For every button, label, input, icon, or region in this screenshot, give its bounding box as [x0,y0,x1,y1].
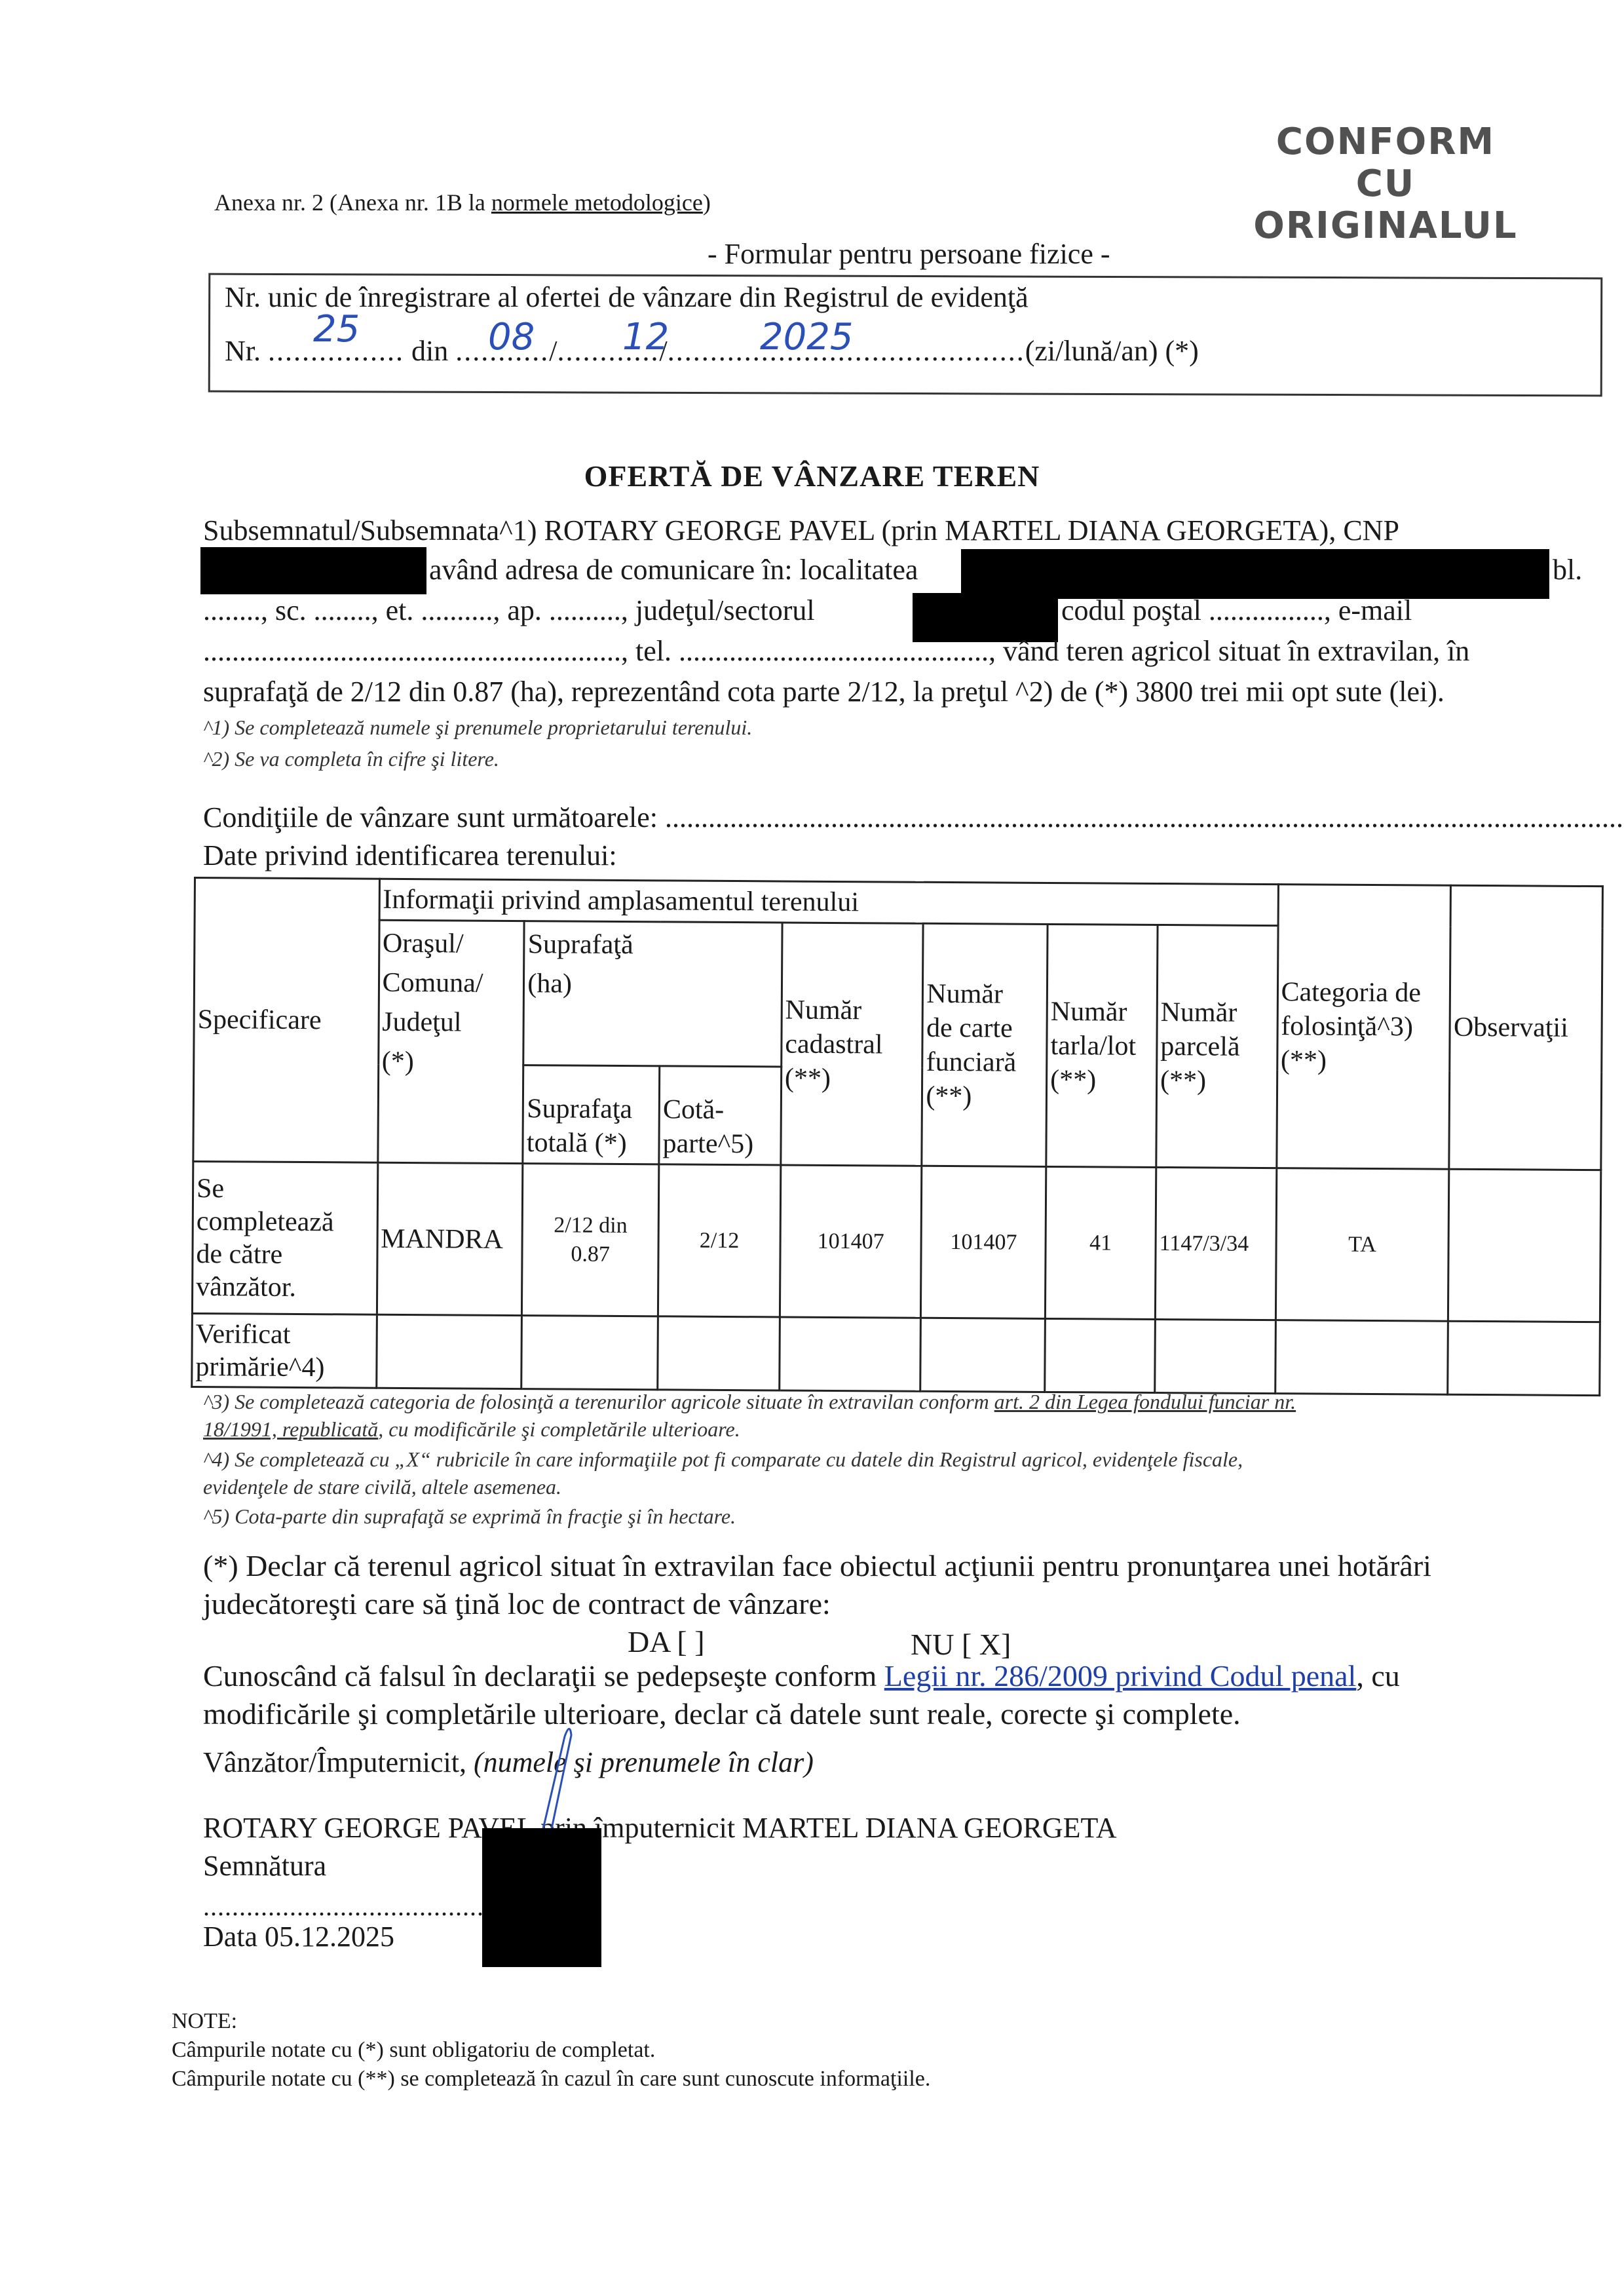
header-specificare: Specificare [193,878,379,1163]
cell-spec: Verificatprimărie^4) [192,1313,377,1388]
cell-nr-parcela[interactable] [1155,1319,1275,1393]
seller-line-4: ........................................… [203,632,1618,671]
signatory-name: ROTARY GEORGE PAVEL prin împuternicit MA… [203,1808,1618,1848]
registration-number-line: Nr. ................ din .........../...… [225,334,1199,368]
table-row-verified: Verificatprimărie^4) [192,1313,1600,1395]
penal-line-1: Cunoscând că falsul în declaraţii se ped… [203,1656,1618,1696]
header-suprafata-group: Suprafaţă(ha) [523,921,782,1067]
option-da[interactable]: DA [ ] [628,1622,705,1662]
header-nr-carte-funciara: Numărde cartefunciară(**) [922,923,1048,1166]
notes-title: NOTE: [172,2009,237,2034]
signatory-label: Vânzător/Împuternicit, (numele şi prenum… [203,1743,1618,1782]
redacted-signature [482,1828,601,1967]
stamp-line-2: ORIGINALUL [1241,205,1530,247]
cell-nr-carte-funciara[interactable] [920,1318,1045,1392]
header-nr-tarla: Numărtarla/lot(**) [1046,924,1158,1167]
handwritten-year: 2025 [760,316,854,358]
table-row-seller: Secompleteazăde cătrevânzător. MANDRA 2/… [192,1162,1600,1322]
cell-nr-tarla[interactable] [1045,1318,1155,1392]
signature-label: Semnătura [203,1846,1618,1886]
header-oras: Oraşul/Comuna/Judeţul(*) [377,920,524,1163]
cell-cota-parte[interactable] [658,1316,780,1390]
cell-categoria[interactable]: TA [1275,1168,1449,1322]
header-info-group: Informaţii privind amplasamentul terenul… [379,879,1278,925]
seller-line-2a: având adresa de comunicare în: localitat… [429,550,918,590]
footnote-3: ^3) Se completează categoria de folosinţ… [203,1388,1624,1443]
seller-line-2b: bl. [1553,550,1582,590]
cell-nr-carte-funciara[interactable]: 101407 [921,1166,1046,1318]
codul-penal-link[interactable]: Legii nr. 286/2009 privind Codul penal [884,1659,1357,1693]
form-type: - Formular pentru persoane fizice - [708,237,1110,271]
cell-cota-parte[interactable]: 2/12 [658,1164,781,1317]
cell-observatii[interactable] [1448,1321,1600,1395]
cell-suprafata-totala[interactable]: 2/12 din0.87 [522,1164,659,1316]
penal-line-2: modificările şi completările ulterioare,… [203,1694,1618,1734]
sale-conditions: Condiţiile de vânzare sunt următoarele: … [203,798,1618,837]
cell-nr-parcela[interactable]: 1147/3/34 [1155,1167,1276,1320]
redacted-cnp [200,547,426,594]
sale-conditions-field[interactable]: ........................................… [665,801,1624,833]
notes-line-1: Câmpurile notate cu (*) sunt obligatoriu… [172,2038,655,2063]
annex-reference: Anexa nr. 2 (Anexa nr. 1B la normele met… [214,189,711,216]
header-suprafata-totala: Suprafaţatotală (*) [523,1065,660,1164]
seller-line-3a: ........, sc. ........, et. .........., … [203,591,815,630]
cell-nr-cadastral[interactable]: 101407 [780,1165,922,1318]
lege-fond-funciar-link-2[interactable]: 18/1991, republicată [203,1417,378,1441]
header-observatii: Observaţii [1449,885,1602,1170]
document-title: OFERTĂ DE VÂNZARE TEREN [0,459,1624,493]
stamp-line-1: CONFORM CU [1241,121,1530,205]
footnote-2: ^2) Se va completa în cifre şi litere. [203,747,499,771]
declaration-line-2: judecătoreşti care să ţină loc de contra… [203,1584,1618,1624]
seller-line-5: suprafaţă de 2/12 din 0.87 (ha), repreze… [203,672,1618,712]
handwritten-day: 08 [488,316,535,358]
cell-spec: Secompleteazăde cătrevânzător. [192,1162,377,1315]
footnote-4: ^4) Se completează cu „X“ rubricile în c… [203,1445,1243,1501]
cell-suprafata-totala[interactable] [521,1316,658,1390]
cell-nr-cadastral[interactable] [780,1317,921,1391]
header-categoria: Categoria defolosinţă^3)(**) [1276,885,1450,1170]
footnote-1: ^1) Se completează numele şi prenumele p… [203,716,752,740]
cell-oras[interactable]: MANDRA [377,1162,523,1315]
land-identification-table: Specificare Informaţii privind amplasame… [191,877,1604,1396]
handwritten-month: 12 [622,316,669,358]
seller-line-1: Subsemnatul/Subsemnata^1) ROTARY GEORGE … [203,511,1618,550]
header-nr-parcela: Numărparcelă(**) [1156,925,1278,1168]
header-cota-parte: Cotă-parte^5) [659,1066,782,1165]
land-identification-label: Date privind identificarea terenului: [203,836,1618,875]
cell-observatii[interactable] [1448,1169,1601,1322]
header-nr-cadastral: Numărcadastral(**) [781,923,924,1166]
normele-metodologice-link[interactable]: normele metodologice [491,189,703,216]
seller-line-3b: codul poştal ................, e-mail [1061,591,1412,630]
cell-categoria[interactable] [1275,1320,1448,1395]
footnote-5: ^5) Cota-parte din suprafaţă se exprimă … [203,1504,736,1529]
cell-nr-tarla[interactable]: 41 [1046,1166,1156,1319]
declaration-line-1: (*) Declar că terenul agricol situat în … [203,1546,1618,1586]
cell-oras[interactable] [376,1314,521,1388]
notes-line-2: Câmpurile notate cu (**) se completează … [172,2067,930,2092]
handwritten-registration-number: 25 [313,308,360,351]
conform-cu-originalul-stamp: CONFORM CU ORIGINALUL [1241,121,1530,247]
signature-date: Data 05.12.2025 [203,1917,1618,1957]
lege-fond-funciar-link[interactable]: art. 2 din Legea fondului funciar nr. [994,1390,1296,1413]
